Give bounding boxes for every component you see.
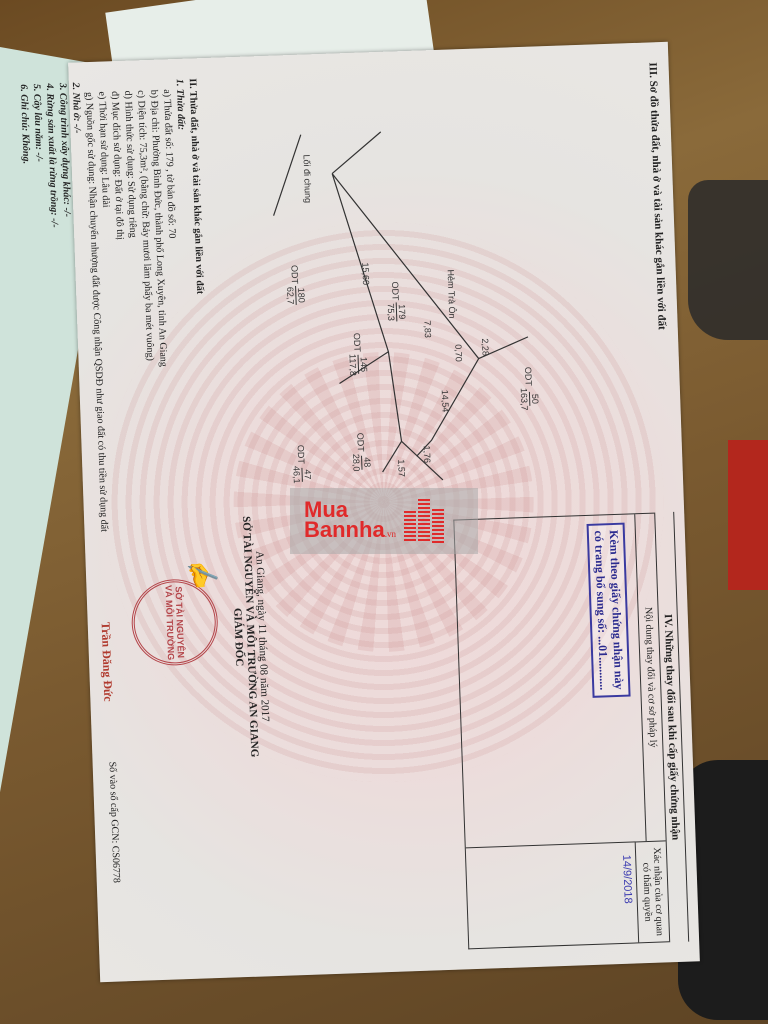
confirmation-column: Xác nhận của cơ quan có thẩm quyền 14/9/… (466, 841, 669, 948)
parcel-number: 179 (396, 302, 408, 321)
parcel-48: ODT4828,0 (350, 432, 372, 471)
background-object-red (728, 440, 768, 590)
parcel-145: ODT145117,8 (347, 332, 369, 376)
parcel-area: 28,0 (351, 454, 362, 472)
parcel-area: 117,8 (347, 354, 358, 376)
watermark-line2: Bannha (304, 517, 385, 542)
parcel-type: ODT (390, 281, 401, 300)
parcel-number: 48 (361, 455, 372, 469)
edge-label: 14,54 (440, 390, 451, 413)
parcel-type: ODT (296, 445, 307, 464)
parcel-type: ODT (352, 333, 363, 352)
parcel-number: 50 (529, 392, 540, 406)
parcel-area: 75,3 (386, 303, 397, 321)
watermark-suffix: .vn (385, 529, 396, 539)
edge-label: 15,60 (360, 262, 371, 285)
edge-label: 1,76 (422, 445, 433, 463)
edge-label: 1,57 (396, 459, 407, 477)
road-label: Lối đi chung (301, 154, 313, 203)
building-icon (404, 499, 444, 543)
parcel-type: ODT (356, 433, 367, 452)
parcel-type: ODT (524, 367, 535, 386)
certificate-serial: Số vào sổ cấp GCN: CS06778 (107, 761, 122, 883)
parcel-179: ODT17975,3 (385, 281, 407, 322)
edge-label: 0,70 (453, 344, 464, 362)
parcel-area: 46,1 (291, 466, 302, 484)
edge-label: 7,83 (422, 320, 433, 338)
parcel-area: 163,7 (519, 388, 530, 411)
item2: 2. Nhà ở: -/- (70, 82, 83, 133)
watermark-text: Mua Bannha.vn (304, 500, 396, 542)
column-header: Xác nhận của cơ quan có thẩm quyền (635, 841, 669, 942)
parcel-number: 180 (295, 286, 307, 305)
item5: 5. Cây lâu năm: -/- (31, 84, 45, 162)
edge-label: 2,28 (480, 338, 491, 356)
road-label: Hẻm Trà Ôn (446, 269, 458, 318)
supplement-stamp: Kèm theo giấy chứng nhận này có trang bổ… (587, 523, 631, 698)
changes-table: Nội dung thay đổi và cơ sở pháp lý Kèm t… (453, 513, 669, 950)
confirmation-date: 14/9/2018 (620, 855, 634, 904)
parcel-number: 145 (358, 355, 370, 374)
section3-title: III. Sơ đồ thửa đất, nhà ở và tài sản kh… (646, 62, 667, 330)
parcel-number: 47 (301, 467, 312, 481)
section4-changes: IV. Những thay đổi sau khi cấp giấy chứn… (453, 512, 689, 949)
section2-land-info: II. Thửa đất, nhà ở và tài sản khác gắn … (17, 78, 218, 644)
item6: 6. Ghi chú: Không. (18, 84, 32, 164)
item1-label: 1. Thửa đất: (174, 79, 187, 131)
background-object (688, 180, 768, 340)
parcel-type: ODT (290, 265, 301, 284)
parcel-50: ODT50163,7 (518, 367, 541, 411)
plot-diagram: 15,60 14,54 7,83 1,57 1,76 0,70 2,28 Hẻm… (250, 103, 644, 516)
changes-content-column: Nội dung thay đổi và cơ sở pháp lý Kèm t… (454, 514, 665, 849)
parcel-47: ODT4746,1 (291, 444, 313, 483)
parcel-area: 62,7 (285, 287, 296, 305)
parcel-180: ODT18062,7 (284, 265, 306, 306)
watermark-logo: Mua Bannha.vn (290, 488, 478, 554)
